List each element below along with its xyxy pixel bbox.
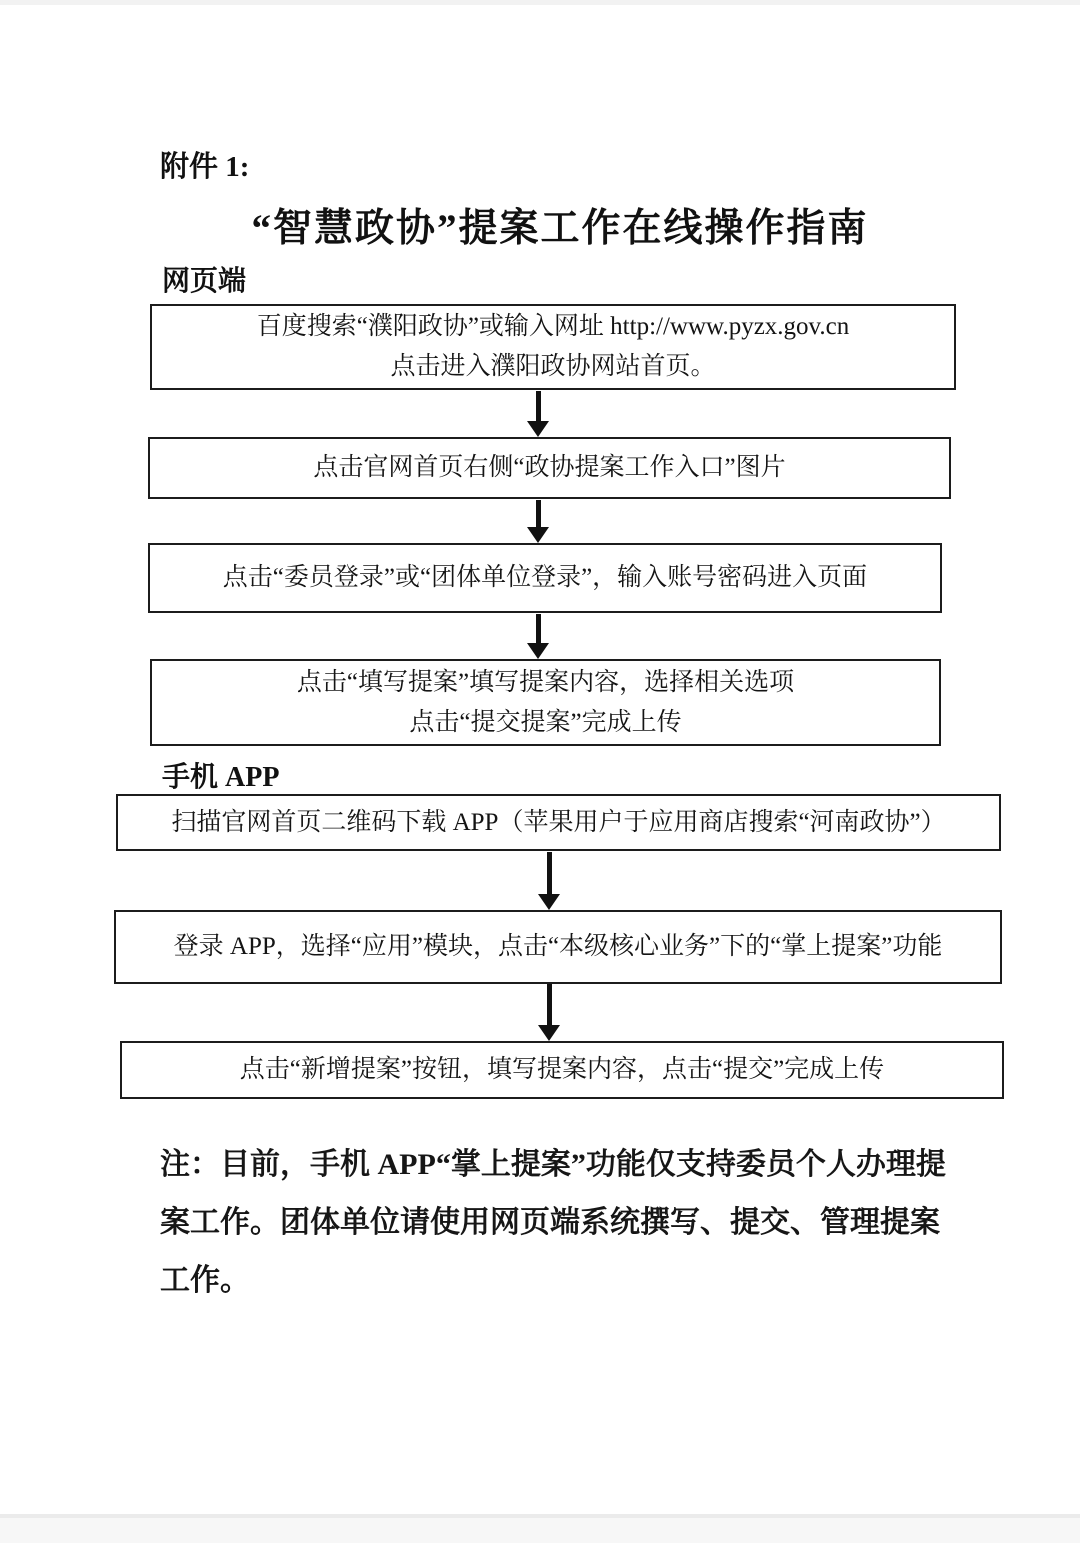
- note-line-1: 注：目前，手机 APP“掌上提案”功能仅支持委员个人办理提: [160, 1136, 1000, 1194]
- app-step-1-box: 扫描官网首页二维码下载 APP（苹果用户于应用商店搜索“河南政协”）: [116, 794, 1001, 851]
- down-arrow-icon-4: [538, 852, 560, 910]
- page-top-edge: [0, 0, 1080, 5]
- attachment-label: 附件 1:: [160, 144, 249, 185]
- web-step-3-text-line-1: 点击“委员登录”或“团体单位登录”，输入账号密码进入页面: [223, 558, 867, 598]
- arrow-head: [527, 527, 549, 543]
- arrow-stem: [536, 500, 541, 527]
- web-section-heading: 网页端: [162, 259, 246, 299]
- web-step-1-text-line-1: 百度搜索“濮阳政协”或输入网址 http://www.pyzx.gov.cn: [257, 307, 850, 347]
- web-step-1-text-line-2: 点击进入濮阳政协网站首页。: [390, 347, 715, 387]
- down-arrow-icon-1: [527, 391, 549, 437]
- arrow-head: [538, 894, 560, 910]
- web-step-4-text-line-1: 点击“填写提案”填写提案内容，选择相关选项: [297, 663, 794, 703]
- web-step-4-box: 点击“填写提案”填写提案内容，选择相关选项 点击“提交提案”完成上传: [150, 659, 941, 746]
- down-arrow-icon-3: [527, 614, 549, 659]
- arrow-stem: [547, 984, 552, 1025]
- note-line-2: 案工作。团体单位请使用网页端系统撰写、提交、管理提案: [160, 1194, 1000, 1252]
- app-step-1-text-line-1: 扫描官网首页二维码下载 APP（苹果用户于应用商店搜索“河南政协”）: [171, 803, 945, 843]
- arrow-stem: [536, 614, 541, 643]
- doc-title: “智慧政协”提案工作在线操作指南: [20, 197, 1080, 253]
- page-bottom-edge: [0, 1514, 1080, 1543]
- web-step-2-box: 点击官网首页右侧“政协提案工作入口”图片: [148, 437, 951, 499]
- app-step-3-box: 点击“新增提案”按钮，填写提案内容，点击“提交”完成上传: [120, 1041, 1004, 1099]
- arrow-head: [527, 421, 549, 437]
- down-arrow-icon-5: [538, 984, 560, 1041]
- app-step-2-text-line-1: 登录 APP，选择“应用”模块，点击“本级核心业务”下的“掌上提案”功能: [174, 927, 943, 967]
- app-step-3-text-line-1: 点击“新增提案”按钮，填写提案内容，点击“提交”完成上传: [240, 1050, 884, 1090]
- arrow-stem: [547, 852, 552, 894]
- note-paragraph: 注：目前，手机 APP“掌上提案”功能仅支持委员个人办理提 案工作。团体单位请使…: [160, 1136, 1000, 1310]
- app-section-heading: 手机 APP: [162, 755, 279, 795]
- web-step-2-text-line-1: 点击官网首页右侧“政协提案工作入口”图片: [313, 448, 785, 488]
- arrow-head: [538, 1025, 560, 1041]
- down-arrow-icon-2: [527, 500, 549, 543]
- web-step-1-box: 百度搜索“濮阳政协”或输入网址 http://www.pyzx.gov.cn 点…: [150, 304, 956, 390]
- note-line-3: 工作。: [160, 1252, 1000, 1310]
- app-step-2-box: 登录 APP，选择“应用”模块，点击“本级核心业务”下的“掌上提案”功能: [114, 910, 1002, 984]
- document-page: 附件 1: “智慧政协”提案工作在线操作指南 网页端 百度搜索“濮阳政协”或输入…: [0, 0, 1080, 1543]
- web-step-3-box: 点击“委员登录”或“团体单位登录”，输入账号密码进入页面: [148, 543, 942, 613]
- web-step-4-text-line-2: 点击“提交提案”完成上传: [409, 703, 681, 743]
- arrow-stem: [536, 391, 541, 421]
- arrow-head: [527, 643, 549, 659]
